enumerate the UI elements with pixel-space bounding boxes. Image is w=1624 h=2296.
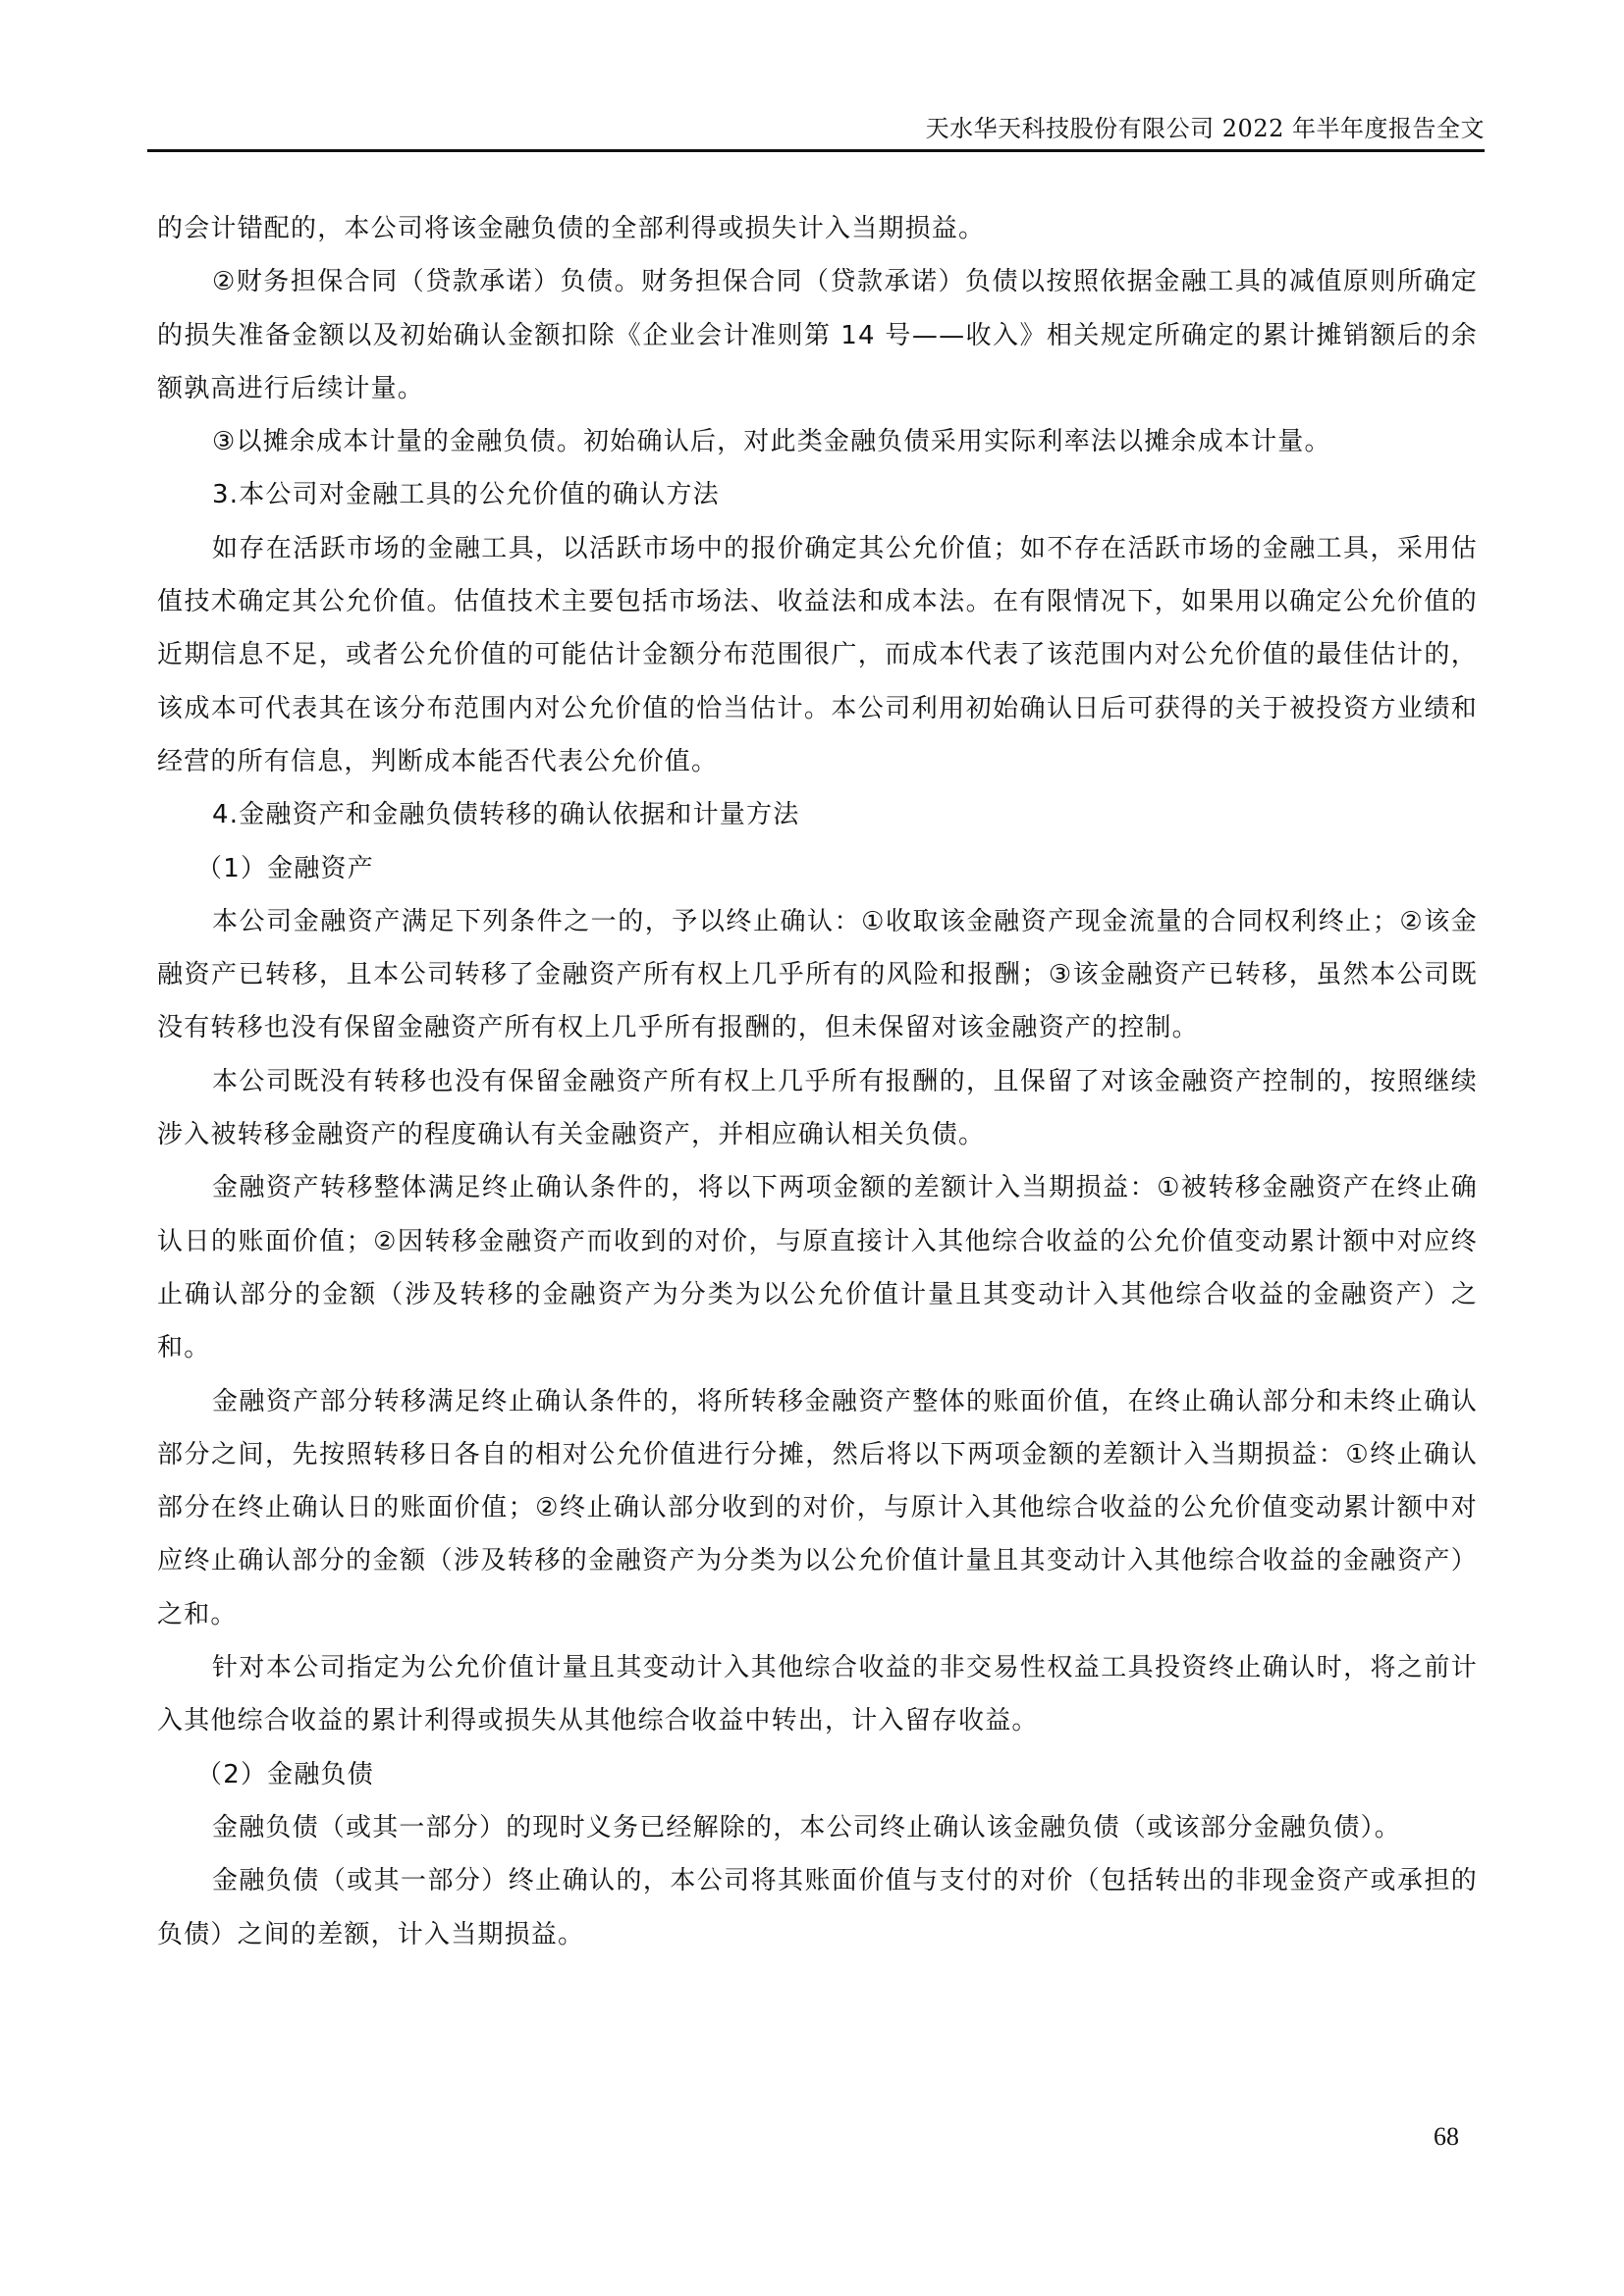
section-heading-3: 3.本公司对金融工具的公允价值的确认方法 [157, 468, 1478, 521]
header-title: 天水华天科技股份有限公司 2022 年半年度报告全文 [926, 114, 1485, 143]
page-number: 68 [1434, 2122, 1459, 2152]
paragraph-liability-discharged: 金融负债（或其一部分）的现时义务已经解除的，本公司终止确认该金融负债（或该部分金… [157, 1801, 1478, 1854]
paragraph-full-transfer: 金融资产转移整体满足终止确认条件的，将以下两项金额的差额计入当期损益：①被转移金… [157, 1161, 1478, 1374]
document-body: 的会计错配的，本公司将该金融负债的全部利得或损失计入当期损益。 ②财务担保合同（… [157, 202, 1478, 1961]
paragraph-financial-guarantee: ②财务担保合同（贷款承诺）负债。财务担保合同（贷款承诺）负债以按照依据金融工具的… [157, 255, 1478, 415]
paragraph-continuing-involvement: 本公司既没有转移也没有保留金融资产所有权上几乎所有报酬的，且保留了对该金融资产控… [157, 1055, 1478, 1162]
section-heading-4: 4.金融资产和金融负债转移的确认依据和计量方法 [157, 788, 1478, 841]
paragraph-partial-transfer: 金融资产部分转移满足终止确认条件的，将所转移金融资产整体的账面价值，在终止确认部… [157, 1375, 1478, 1641]
paragraph-fair-value: 如存在活跃市场的金融工具，以活跃市场中的报价确定其公允价值；如不存在活跃市场的金… [157, 522, 1478, 788]
subheading-financial-liabilities: （2）金融负债 [157, 1748, 1478, 1801]
page-header: 天水华天科技股份有限公司 2022 年半年度报告全文 [147, 114, 1485, 153]
paragraph-derecognition-conditions: 本公司金融资产满足下列条件之一的，予以终止确认：①收取该金融资产现金流量的合同权… [157, 895, 1478, 1055]
paragraph-amortized-cost: ③以摊余成本计量的金融负债。初始确认后，对此类金融负债采用实际利率法以摊余成本计… [157, 415, 1478, 468]
paragraph-liability-derecognition: 金融负债（或其一部分）终止确认的，本公司将其账面价值与支付的对价（包括转出的非现… [157, 1854, 1478, 1961]
header-divider [147, 149, 1485, 152]
paragraph-continuation: 的会计错配的，本公司将该金融负债的全部利得或损失计入当期损益。 [157, 202, 1478, 255]
paragraph-equity-investment: 针对本公司指定为公允价值计量且其变动计入其他综合收益的非交易性权益工具投资终止确… [157, 1641, 1478, 1748]
subheading-financial-assets: （1）金融资产 [157, 842, 1478, 895]
